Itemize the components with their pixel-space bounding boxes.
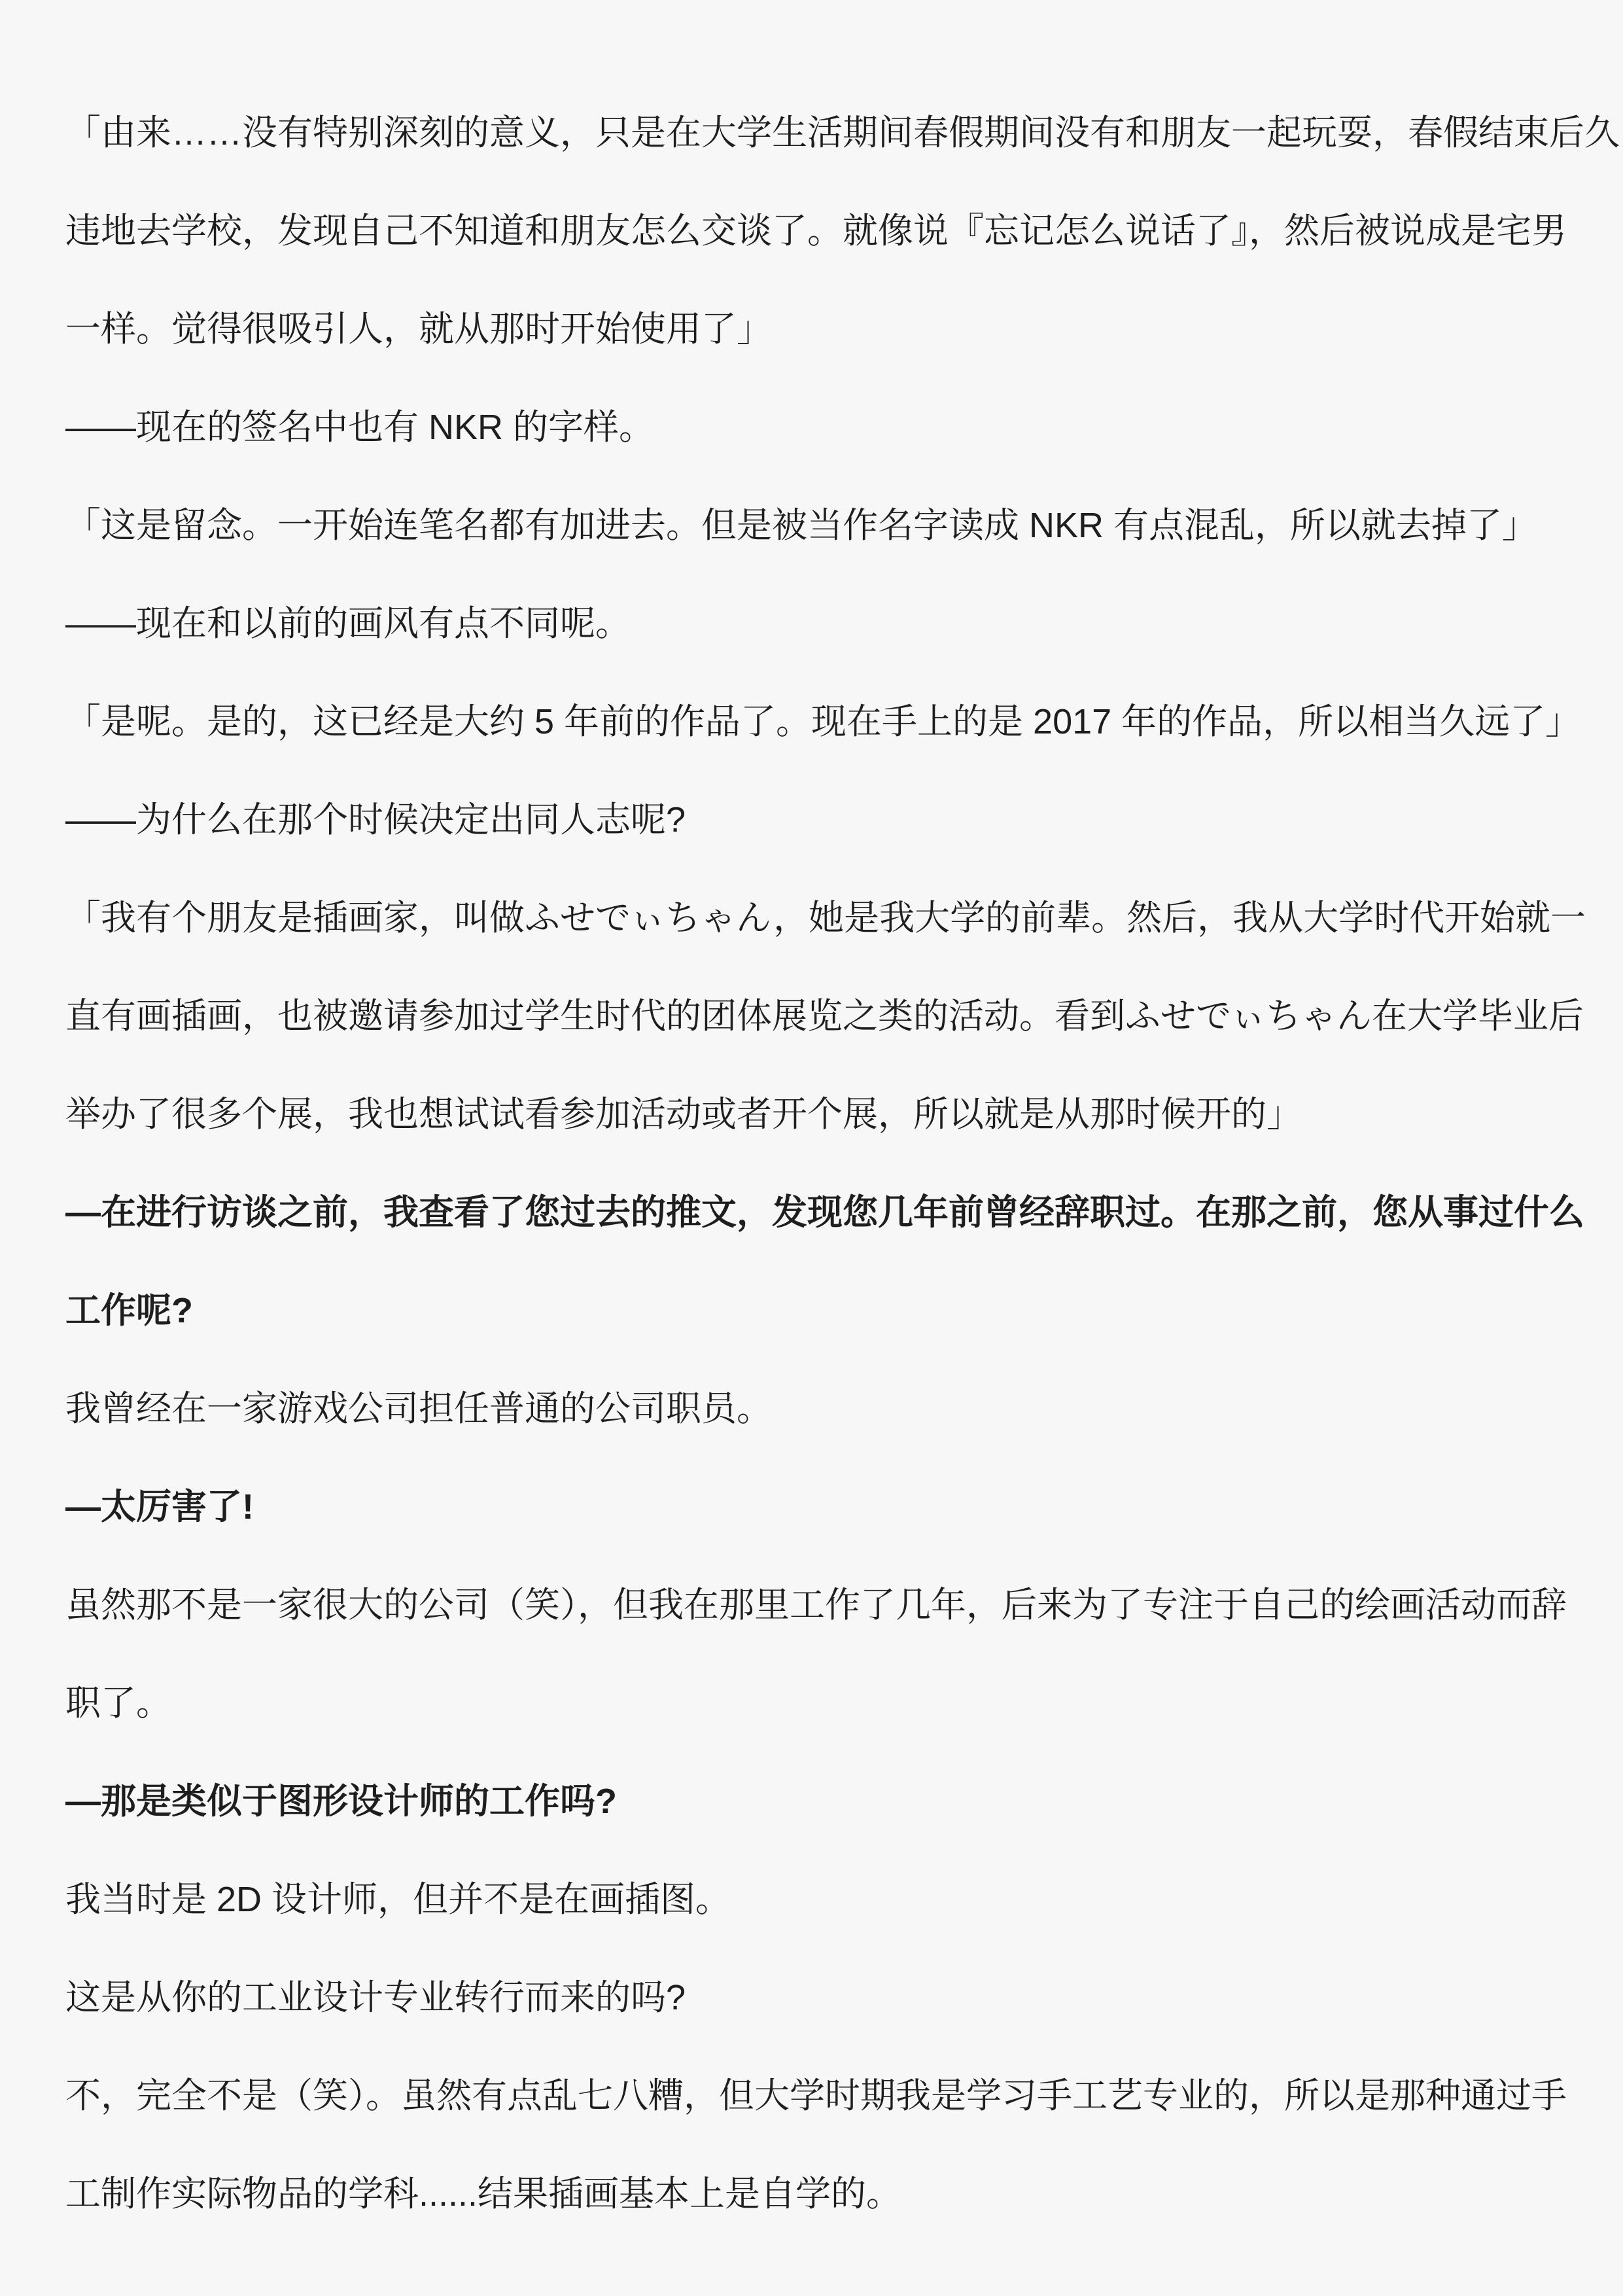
text-line: 「由来……没有特别深刻的意义，只是在大学生活期间春假期间没有和朋友一起玩耍，春假… (65, 84, 1584, 182)
text-line: 直有画插画，也被邀请参加过学生时代的团体展览之类的活动。看到ふせでぃちゃん在大学… (65, 967, 1584, 1065)
text-line: 举办了很多个展，我也想试试看参加活动或者开个展，所以就是从那时候开的」 (65, 1065, 1584, 1163)
text-line: 违地去学校，发现自己不知道和朋友怎么交谈了。就像说『忘记怎么说话了』，然后被说成… (65, 182, 1584, 280)
text-line: 「这是留念。一开始连笔名都有加进去。但是被当作名字读成 NKR 有点混乱，所以就… (65, 476, 1584, 574)
interviewer-question-line: ——现在和以前的画风有点不同呢。 (65, 574, 1584, 673)
interviewer-question-line: —在进行访谈之前，我查看了您过去的推文，发现您几年前曾经辞职过。在那之前，您从事… (65, 1163, 1584, 1262)
interviewer-question-line: ——现在的签名中也有 NKR 的字样。 (65, 378, 1584, 476)
document-page: 「由来……没有特别深刻的意义，只是在大学生活期间春假期间没有和朋友一起玩耍，春假… (0, 0, 1623, 2296)
interviewer-question-line: —太厉害了! (65, 1458, 1584, 1556)
text-line: 「是呢。是的，这已经是大约 5 年前的作品了。现在手上的是 2017 年的作品，… (65, 673, 1584, 771)
text-line: 工制作实际物品的学科......结果插画基本上是自学的。 (65, 2145, 1584, 2243)
text-line: 我当时是 2D 设计师，但并不是在画插图。 (65, 1850, 1584, 1949)
text-line: 我曾经在一家游戏公司担任普通的公司职员。 (65, 1360, 1584, 1458)
interviewer-question-line: 这是从你的工业设计专业转行而来的吗? (65, 1949, 1584, 2047)
text-line: 「我有个朋友是插画家，叫做ふせでぃちゃん，她是我大学的前辈。然后，我从大学时代开… (65, 869, 1584, 967)
text-line: 不，完全不是（笑）。虽然有点乱七八糟，但大学时期我是学习手工艺专业的，所以是那种… (65, 2047, 1584, 2145)
text-line: 职了。 (65, 1654, 1584, 1752)
interviewer-question-line: —那是类似于图形设计师的工作吗? (65, 1752, 1584, 1850)
text-line: 一样。觉得很吸引人，就从那时开始使用了」 (65, 280, 1584, 378)
text-line: 虽然那不是一家很大的公司（笑），但我在那里工作了几年，后来为了专注于自己的绘画活… (65, 1556, 1584, 1654)
interviewer-question-line: 工作呢? (65, 1262, 1584, 1360)
interviewer-question-line: ——为什么在那个时候决定出同人志呢? (65, 771, 1584, 869)
